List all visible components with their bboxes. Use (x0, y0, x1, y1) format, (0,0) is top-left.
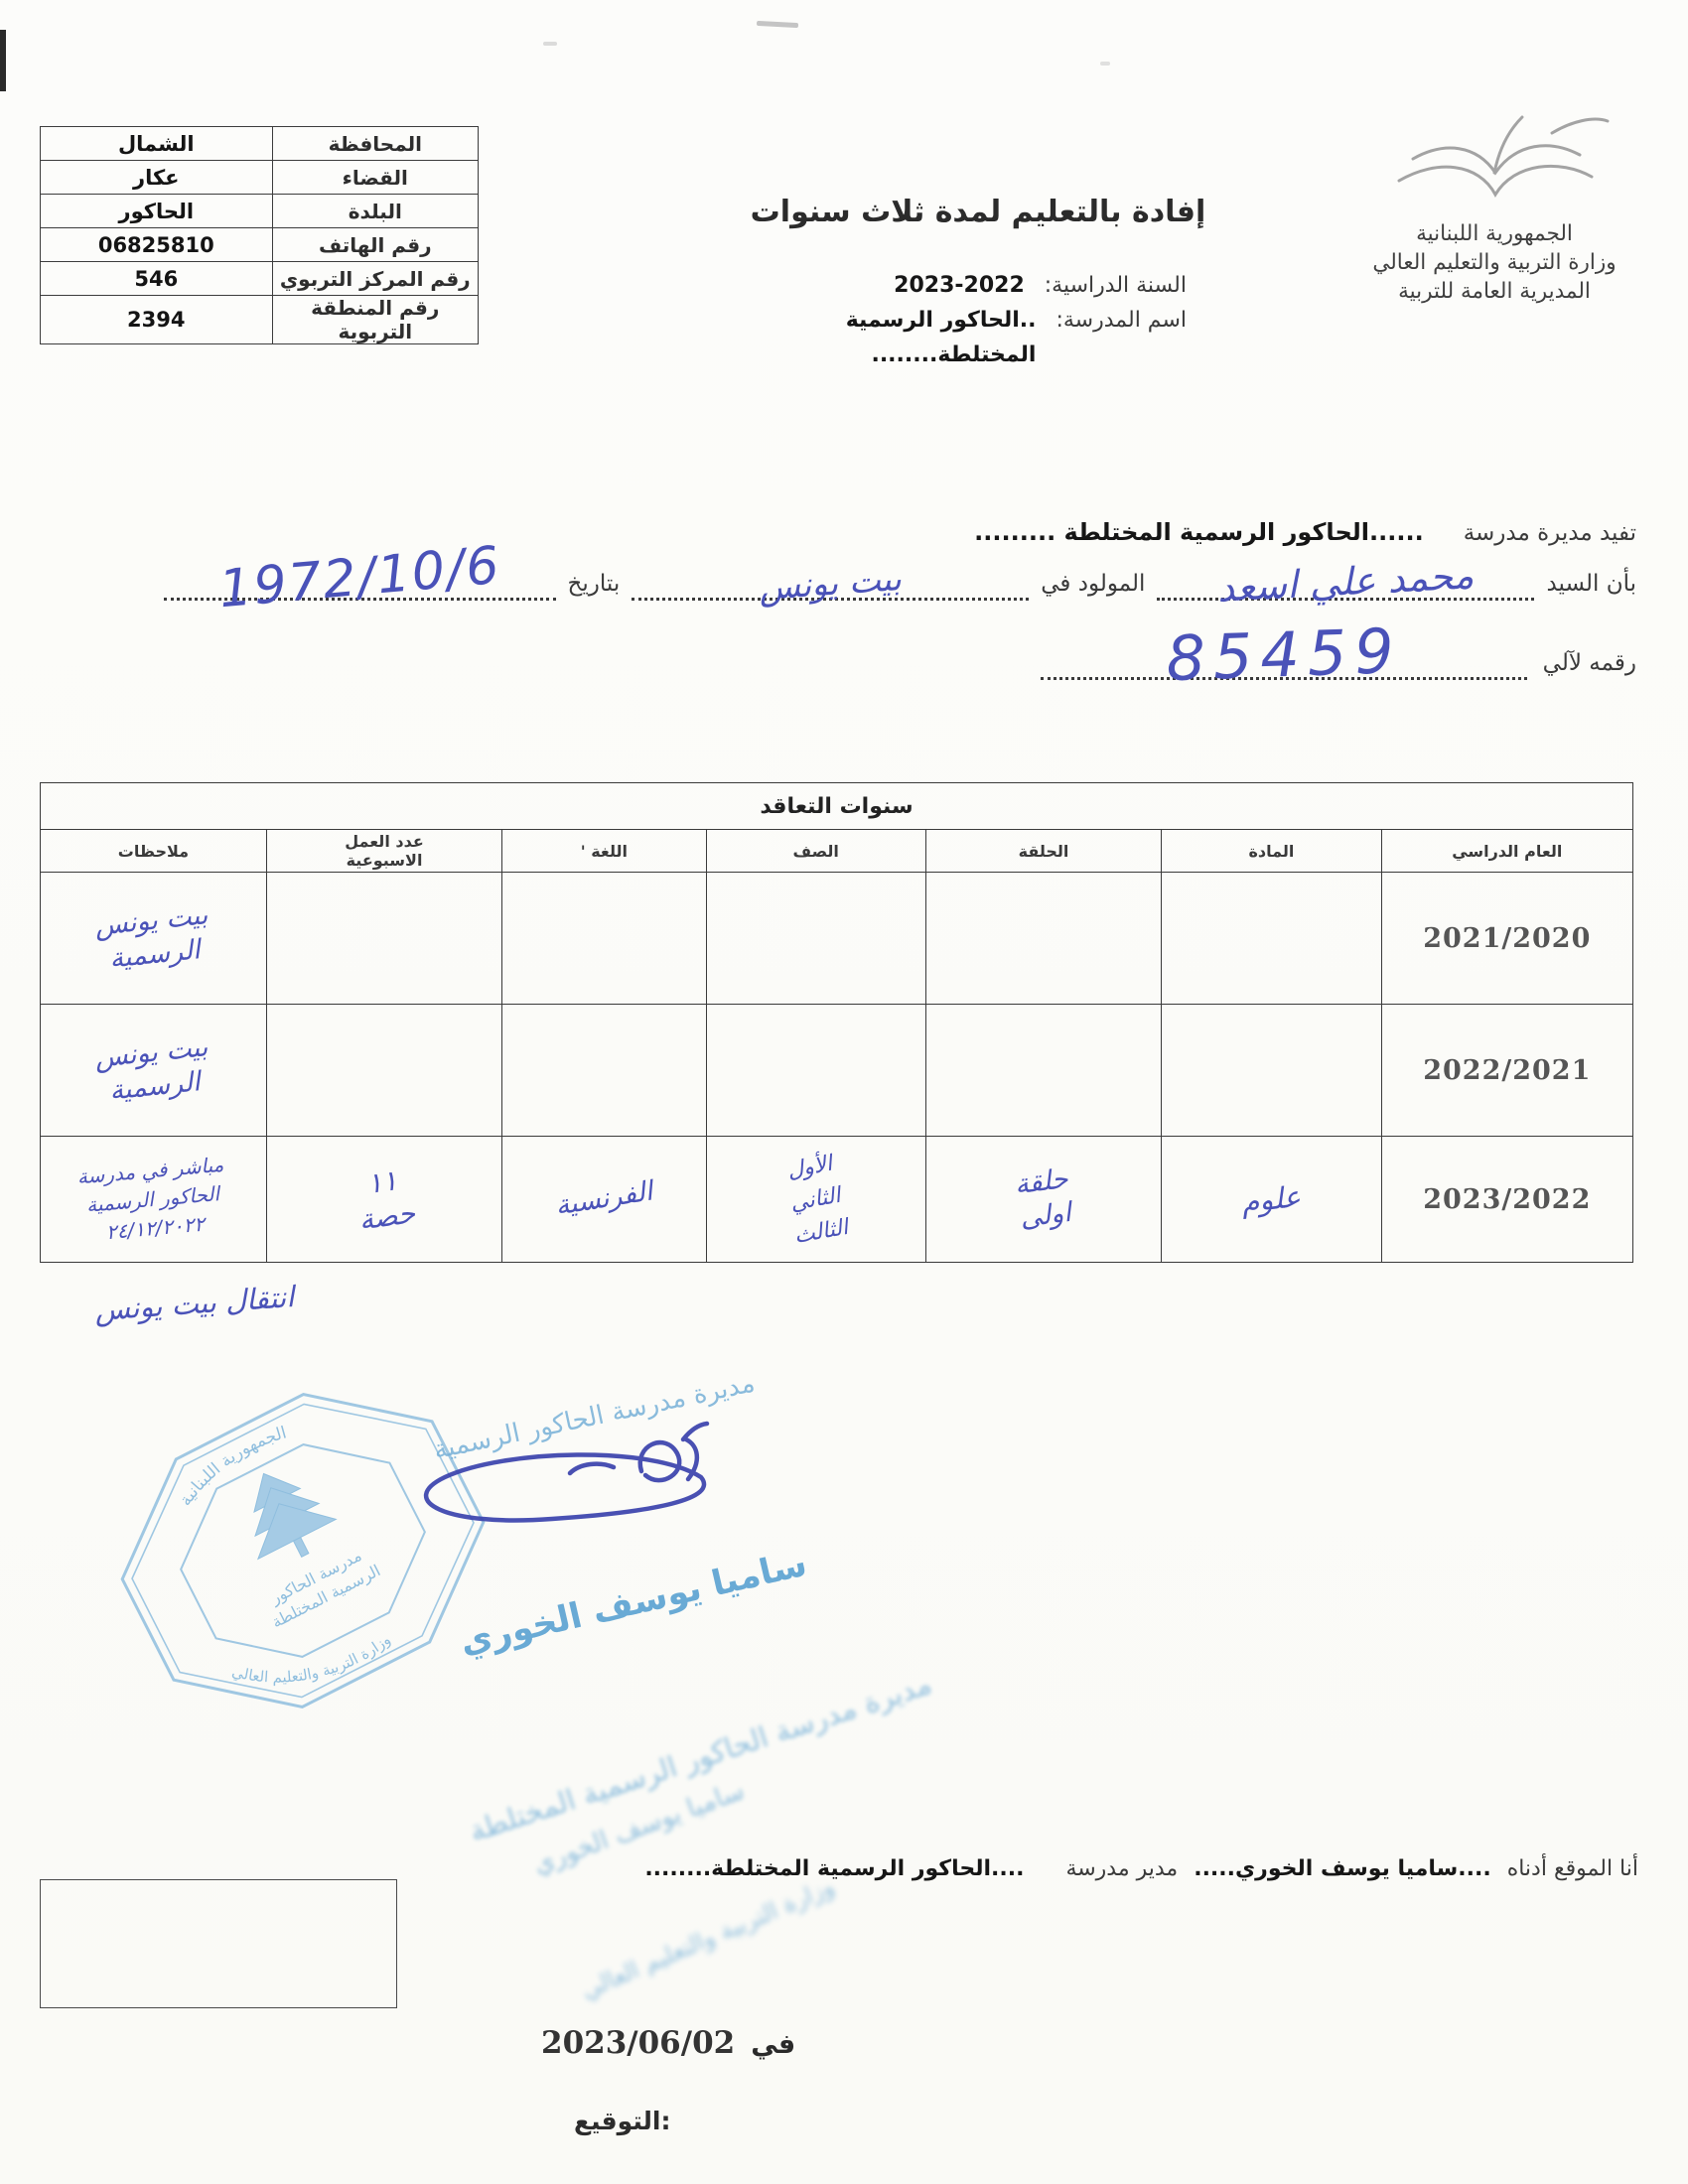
cycle-cell (925, 1005, 1161, 1137)
born-label: المولود في (1041, 571, 1145, 601)
handwritten-notes: مباشر في مدرسة الحاكور الرسمية ٢٤/١٢/٢٠٢… (76, 1150, 230, 1249)
table-row: رقم الهاتف 06825810 (41, 228, 479, 262)
info-label: المحافظة (272, 127, 478, 161)
ministry-header: الجمهورية اللبنانية وزارة التربية والتعل… (1326, 111, 1663, 306)
id-blank-line: 85459 (1041, 643, 1527, 680)
scan-smudge (757, 21, 798, 28)
year-value: 2021/2020 (1423, 923, 1591, 954)
table-row-2020-2021: 2021/2020 بيت يونس الرسمية (41, 873, 1633, 1005)
contract-years-table: سنوات التعاقد العام الدراسي المادة الحلق… (40, 782, 1633, 1263)
admin-info-table: المحافظة الشمال القضاء عكار البلدة الحاك… (40, 126, 479, 344)
info-value: الحاكور (41, 195, 273, 228)
declaration-prefix: أنا الموقع أدناه (1507, 1856, 1638, 1881)
director-signature (385, 1418, 763, 1576)
handwritten-table-footnote: انتقال بيت يونس (93, 1280, 295, 1327)
table-row: المحافظة الشمال (41, 127, 479, 161)
grade-cell (706, 873, 925, 1005)
table-row: القضاء عكار (41, 161, 479, 195)
handwritten-birthdate: 1972/10/6 (162, 531, 558, 624)
school-name-row: اسم المدرسة: ..الحاكور الرسمية المختلطة.… (710, 303, 1187, 372)
declaration-role: مدير مدرسة (1065, 1856, 1178, 1881)
school-year-row: السنة الدراسية: 2023-2022 (710, 268, 1187, 303)
signature-label: التوقيع: (574, 2107, 671, 2135)
handwritten-birthplace: بيت يونس (631, 550, 1030, 617)
col-header-subject: المادة (1162, 830, 1381, 873)
year-value: 2022/2021 (1423, 1055, 1591, 1086)
statement-intro-line: تفيد مديرة مدرسة ......الحاكور الرسمية ا… (974, 518, 1636, 550)
school-year-value: 2023-2022 (894, 268, 1025, 303)
open-book-logo-icon (1375, 111, 1614, 215)
ministry-header-lines: الجمهورية اللبنانية وزارة التربية والتعل… (1326, 219, 1663, 306)
language-cell (502, 873, 706, 1005)
language-cell (502, 1005, 706, 1137)
scanned-document-page: المحافظة الشمال القضاء عكار البلدة الحاك… (0, 0, 1688, 2184)
handwritten-hours: ١١ حصة (352, 1160, 417, 1237)
info-value: 2394 (41, 296, 273, 344)
page-title: إفادة بالتعليم لمدة ثلاث سنوات (740, 195, 1216, 229)
subject-cell (1162, 873, 1381, 1005)
mr-label: بأن السيد (1546, 571, 1636, 601)
handwritten-name: محمد علي اسعد (1157, 550, 1536, 614)
info-label: رقم المنطقة التربوية (272, 296, 478, 344)
scan-smudge (543, 42, 557, 46)
handwritten-cycle: حلقة اولى (1013, 1162, 1074, 1236)
info-value: 546 (41, 262, 273, 296)
handwritten-notes: بيت يونس الرسمية (93, 1030, 213, 1109)
hours-cell (266, 1005, 501, 1137)
table-row: رقم المنطقة التربوية 2394 (41, 296, 479, 344)
scan-edge-artifact (0, 30, 6, 91)
school-name-label: اسم المدرسة: (1055, 303, 1187, 372)
handwritten-subject: علوم (1240, 1178, 1303, 1220)
scan-smudge (1100, 62, 1110, 66)
contract-table-title: سنوات التعاقد (41, 783, 1633, 830)
stamp-ghost-line: وزارة التربية والتعليم العالي (577, 1872, 838, 2004)
col-header-grade: الصف (706, 830, 925, 873)
name-blank-line: محمد علي اسعد (1157, 564, 1534, 601)
table-header-row: العام الدراسي المادة الحلقة الصف اللغة '… (41, 830, 1633, 873)
grade-cell (706, 1005, 925, 1137)
info-value: الشمال (41, 127, 273, 161)
handwritten-language: الفرنسية (553, 1175, 655, 1224)
handwritten-grade: الأول الثاني الثالث (780, 1147, 851, 1253)
hours-cell (266, 873, 501, 1005)
declaration-name: ....ساميا يوسف الخوري..... (1194, 1856, 1490, 1881)
id-label: رقمه لآلي (1543, 650, 1636, 680)
cycle-cell (925, 873, 1161, 1005)
empty-stamp-box (40, 1879, 397, 2008)
table-row: البلدة الحاكور (41, 195, 479, 228)
statement-intro-value: ......الحاكور الرسمية المختلطة ......... (974, 518, 1424, 546)
subject-cell (1162, 1005, 1381, 1137)
birthplace-blank-line: بيت يونس (632, 564, 1029, 601)
meta-block: السنة الدراسية: 2023-2022 اسم المدرسة: .… (710, 268, 1187, 372)
handwritten-id-number: 85459 (1040, 610, 1528, 699)
school-name-value: ..الحاكور الرسمية المختلطة........ (710, 303, 1036, 372)
declaration-line: أنا الموقع أدناه ....ساميا يوسف الخوري..… (644, 1856, 1638, 1881)
info-label: البلدة (272, 195, 478, 228)
statement-id-line: رقمه لآلي 85459 (1041, 643, 1636, 680)
info-value: عكار (41, 161, 273, 195)
date-value: 2023/06/02 (541, 2025, 735, 2061)
table-row-2022-2023: 2023/2022 علوم حلقة اولى الأول الثاني ال… (41, 1137, 1633, 1263)
col-header-year: العام الدراسي (1381, 830, 1632, 873)
info-label: القضاء (272, 161, 478, 195)
date-line: في 2023/06/02 (541, 2025, 795, 2061)
col-header-hours: عدد العمل الاسبوعية (266, 830, 501, 873)
cedar-tree-icon (224, 1454, 344, 1575)
col-header-notes: ملاحظات (41, 830, 267, 873)
school-year-label: السنة الدراسية: (1045, 268, 1187, 303)
table-row-2021-2022: 2022/2021 بيت يونس الرسمية (41, 1005, 1633, 1137)
col-header-language: اللغة ' (502, 830, 706, 873)
info-label: رقم المركز التربوي (272, 262, 478, 296)
handwritten-notes: بيت يونس الرسمية (93, 898, 213, 977)
info-label: رقم الهاتف (272, 228, 478, 262)
declaration-school: ....الحاكور الرسمية المختلطة........ (644, 1856, 1024, 1881)
info-value: 06825810 (41, 228, 273, 262)
table-caption-row: سنوات التعاقد (41, 783, 1633, 830)
date-label: في (751, 2029, 795, 2060)
statement-person-line: بأن السيد محمد علي اسعد المولود في بيت ي… (38, 564, 1636, 601)
col-header-cycle: الحلقة (925, 830, 1161, 873)
statement-intro-label: تفيد مديرة مدرسة (1464, 520, 1636, 550)
year-value: 2023/2022 (1423, 1184, 1591, 1215)
table-row: رقم المركز التربوي 546 (41, 262, 479, 296)
birthdate-label: بتاريخ (568, 571, 621, 601)
birthdate-blank-line: 1972/10/6 (164, 564, 556, 601)
